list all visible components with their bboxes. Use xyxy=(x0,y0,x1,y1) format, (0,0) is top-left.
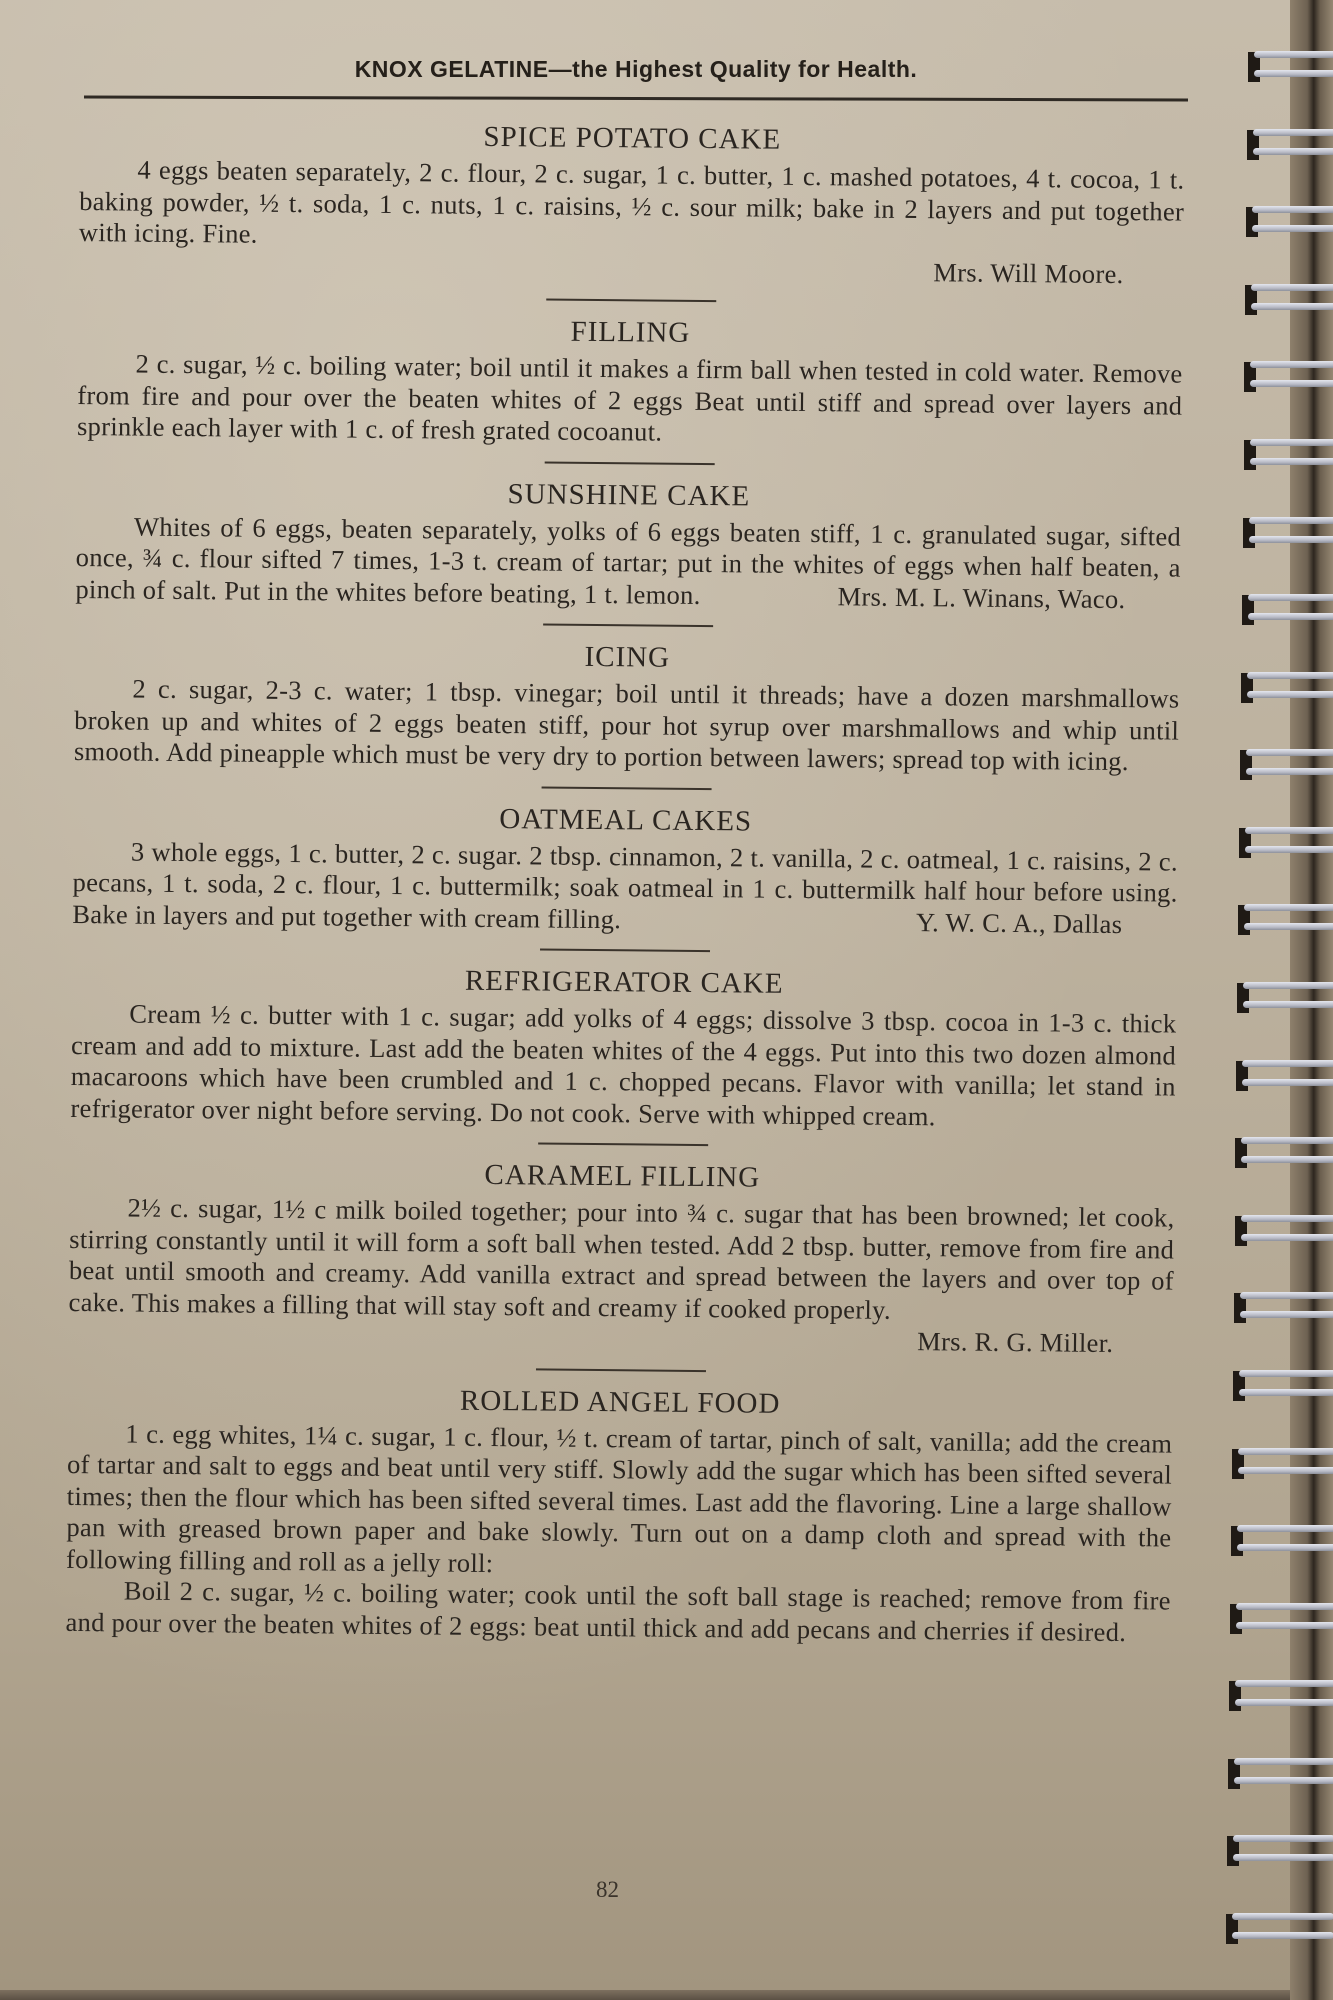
binding-coil xyxy=(1232,1445,1333,1483)
recipe-title: REFRIGERATOR CAKE xyxy=(72,960,1177,1005)
coil-wire xyxy=(1241,1215,1333,1222)
coil-wire xyxy=(1240,1311,1333,1318)
coil-wire xyxy=(1239,1370,1333,1377)
coil-wire xyxy=(1241,1156,1333,1163)
recipe-body: 1 c. egg whites, 1¼ c. sugar, 1 c. flour… xyxy=(66,1417,1172,1585)
recipe-body-filling: Boil 2 c. sugar, ½ c. boiling water; coo… xyxy=(65,1575,1171,1649)
recipe-body: 4 eggs beaten separately, 2 c. flour, 2 … xyxy=(79,154,1185,259)
binding-coil xyxy=(1242,591,1333,629)
binding-coil xyxy=(1238,901,1333,939)
section-divider xyxy=(540,948,710,952)
coil-wire xyxy=(1240,1292,1333,1299)
coil-wire xyxy=(1250,361,1333,368)
binding-coil xyxy=(1243,514,1333,552)
coil-wire xyxy=(1244,923,1333,930)
recipe-column: SPICE POTATO CAKE 4 eggs beaten separate… xyxy=(65,116,1185,1649)
recipe-rolled-angel-food: ROLLED ANGEL FOOD 1 c. egg whites, 1¼ c.… xyxy=(65,1379,1172,1648)
recipe-icing: ICING 2 c. sugar, 2-3 c. water; 1 tbsp. … xyxy=(74,635,1180,778)
coil-wire xyxy=(1233,1854,1333,1861)
page-number: 82 xyxy=(596,1877,619,1903)
coil-wire xyxy=(1237,1525,1333,1532)
coil-wire xyxy=(1232,1932,1333,1939)
section-divider xyxy=(544,461,714,465)
recipe-title: ICING xyxy=(75,635,1180,680)
binding-coil xyxy=(1244,358,1333,396)
coil-wire xyxy=(1238,1448,1333,1455)
coil-wire xyxy=(1250,380,1333,387)
binding-coil xyxy=(1235,1134,1333,1172)
binding-coil xyxy=(1236,1057,1333,1095)
coil-wire xyxy=(1249,536,1333,543)
coil-wire xyxy=(1237,1544,1333,1551)
recipe-signature: Y. W. C. A., Dallas xyxy=(916,907,1177,941)
recipe-body: 3 whole eggs, 1 c. butter, 2 c. sugar. 2… xyxy=(72,835,1178,940)
binding-coil xyxy=(1237,979,1333,1017)
binding-coil xyxy=(1230,1600,1333,1638)
coil-wire xyxy=(1241,1137,1333,1144)
coil-wire xyxy=(1236,1603,1333,1610)
binding-coil xyxy=(1229,1677,1333,1715)
recipe-spice-potato-cake: SPICE POTATO CAKE 4 eggs beaten separate… xyxy=(78,116,1185,291)
coil-wire xyxy=(1250,439,1333,446)
binding-coil xyxy=(1231,1522,1333,1560)
section-divider xyxy=(535,1368,705,1372)
coil-wire xyxy=(1242,1060,1333,1067)
recipe-title: SUNSHINE CAKE xyxy=(76,472,1181,517)
binding-coil xyxy=(1239,824,1333,862)
binding-coil xyxy=(1247,126,1333,164)
coil-wire xyxy=(1243,1001,1333,1008)
coil-wire xyxy=(1254,51,1333,58)
coil-wire xyxy=(1238,1467,1333,1474)
coil-wire xyxy=(1246,768,1333,775)
coil-wire xyxy=(1234,1758,1333,1765)
recipe-body: Cream ½ c. butter with 1 c. sugar; add y… xyxy=(70,998,1176,1135)
recipe-title: ROLLED ANGEL FOOD xyxy=(68,1379,1173,1424)
coil-wire xyxy=(1252,225,1333,232)
recipe-body: 2 c. sugar, ½ c. boiling water; boil unt… xyxy=(77,348,1183,453)
binding-coil xyxy=(1244,436,1333,474)
coil-wire xyxy=(1235,1699,1333,1706)
coil-wire xyxy=(1247,672,1333,679)
recipe-filling: FILLING 2 c. sugar, ½ c. boiling water; … xyxy=(77,310,1183,453)
coil-wire xyxy=(1239,1389,1333,1396)
section-divider xyxy=(546,298,716,302)
recipe-oatmeal-cakes: OATMEAL CAKES 3 whole eggs, 1 c. butter,… xyxy=(72,797,1178,940)
coil-wire xyxy=(1234,1777,1333,1784)
recipe-title: FILLING xyxy=(78,310,1183,355)
recipe-sunshine-cake: SUNSHINE CAKE Whites of 6 eggs, beaten s… xyxy=(75,472,1181,615)
coil-wire xyxy=(1244,904,1333,911)
recipe-body: Whites of 6 eggs, beaten separately, yol… xyxy=(75,510,1181,615)
section-divider xyxy=(541,786,711,790)
coil-wire xyxy=(1233,1835,1333,1842)
coil-wire xyxy=(1252,206,1333,213)
recipe-signature: Mrs. M. L. Winans, Waco. xyxy=(837,581,1180,616)
binding-coil xyxy=(1226,1910,1333,1948)
coil-wire xyxy=(1236,1622,1333,1629)
binding-coil xyxy=(1227,1832,1333,1870)
running-head: KNOX GELATINE—the Highest Quality for He… xyxy=(84,56,1188,83)
binding-coil xyxy=(1240,746,1333,784)
binding-coil xyxy=(1248,48,1333,86)
recipe-title: OATMEAL CAKES xyxy=(73,797,1178,842)
binding-coil xyxy=(1228,1755,1333,1793)
coil-wire xyxy=(1248,594,1333,601)
coil-wire xyxy=(1247,691,1333,698)
recipe-refrigerator-cake: REFRIGERATOR CAKE Cream ½ c. butter with… xyxy=(70,960,1177,1135)
binding-coil xyxy=(1245,281,1333,319)
section-divider xyxy=(538,1142,708,1146)
coil-wire xyxy=(1232,1913,1333,1920)
coil-wire xyxy=(1246,749,1333,756)
coil-wire xyxy=(1251,303,1333,310)
recipe-body: 2 c. sugar, 2-3 c. water; 1 tbsp. vinega… xyxy=(74,673,1180,778)
coil-wire xyxy=(1245,846,1333,853)
coil-wire xyxy=(1251,284,1333,291)
recipe-title: CARAMEL FILLING xyxy=(70,1154,1175,1199)
binding-coil xyxy=(1241,669,1333,707)
coil-wire xyxy=(1248,613,1333,620)
binding-coil xyxy=(1233,1367,1333,1405)
coil-wire xyxy=(1241,1234,1333,1241)
coil-wire xyxy=(1243,982,1333,989)
coil-wire xyxy=(1250,458,1333,465)
coil-wire xyxy=(1245,827,1333,834)
coil-wire xyxy=(1235,1680,1333,1687)
coil-wire xyxy=(1249,517,1333,524)
coil-wire xyxy=(1254,70,1333,77)
binding-coil xyxy=(1235,1212,1333,1250)
page-edge xyxy=(0,1990,1290,2000)
coil-wire xyxy=(1242,1079,1333,1086)
section-divider xyxy=(543,623,713,627)
binding-coil xyxy=(1246,203,1333,241)
binding-coil xyxy=(1234,1289,1333,1327)
recipe-caramel-filling: CARAMEL FILLING 2½ c. sugar, 1½ c milk b… xyxy=(68,1154,1175,1360)
recipe-body: 2½ c. sugar, 1½ c milk boiled together; … xyxy=(68,1192,1174,1329)
coil-wire xyxy=(1253,129,1333,136)
coil-wire xyxy=(1253,148,1333,155)
